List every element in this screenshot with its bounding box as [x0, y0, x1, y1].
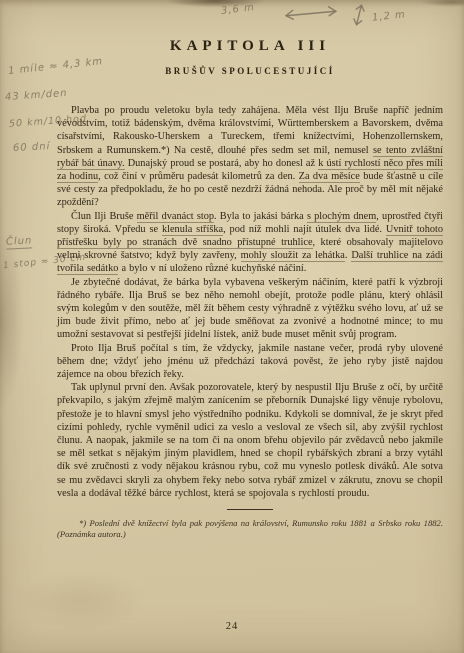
text-run: Člun Ilji Bruše: [71, 211, 137, 222]
pencil-underlined-text: s plochým dnem: [307, 211, 376, 223]
text-run: , pod níž mohli najít útulek dva lidé.: [223, 224, 386, 235]
paragraph: Proto Ilja Bruš počítal s tím, že vždyck…: [57, 342, 443, 382]
text-run: . Byla to jakási bárka: [214, 211, 307, 222]
paragraph: Je zbytečné dodávat, že bárka byla vybav…: [57, 276, 443, 342]
paragraph: Plavba po proudu veletoku byla tedy zahá…: [57, 104, 443, 210]
text-run: Je zbytečné dodávat, že bárka byla vybav…: [57, 277, 443, 341]
text-column: KAPITOLA III BRUŠŮV SPOLUCESTUJÍCÍ Plavb…: [57, 0, 443, 540]
footnote-divider: [227, 509, 273, 510]
book-page-scan: 3,6 m 1,2 m 1 míle ≈ 4,3 km 43 km/den 50…: [0, 0, 464, 653]
paragraph: Člun Ilji Bruše měřil dvanáct stop. Byla…: [57, 210, 443, 276]
pencil-note-days: 60 dní: [13, 141, 51, 154]
pencil-underlined-text: mohly sloužit za lehátka: [241, 250, 345, 262]
chapter-subtitle: BRUŠŮV SPOLUCESTUJÍCÍ: [57, 66, 443, 76]
text-run: Tak uplynul první den. Avšak pozorovatel…: [57, 382, 443, 499]
pencil-underlined-text: měřil dvanáct stop: [137, 211, 214, 223]
pencil-underlined-text: Za dva měsíce: [299, 171, 360, 183]
footnote: *) Poslední dvě knížectví byla pak povýš…: [57, 518, 443, 540]
chapter-title: KAPITOLA III: [57, 38, 443, 55]
body-text: Plavba po proudu veletoku byla tedy zahá…: [57, 104, 443, 500]
page-number: 24: [0, 621, 464, 632]
paragraph: Tak uplynul první den. Avšak pozorovatel…: [57, 381, 443, 500]
pencil-underlined-text: klenula stříška: [162, 224, 223, 236]
text-run: a bylo v ní uloženo různé kuchyňské náči…: [118, 263, 306, 274]
text-run: Dunajský proud se postará, aby ho donesl…: [125, 158, 319, 169]
text-run: Proto Ilja Bruš počítal s tím, že vždyck…: [57, 343, 443, 380]
text-run: , což činí v průměru padesát kilometrů z…: [98, 171, 299, 182]
pencil-note-boat-title: Člun: [6, 235, 33, 249]
